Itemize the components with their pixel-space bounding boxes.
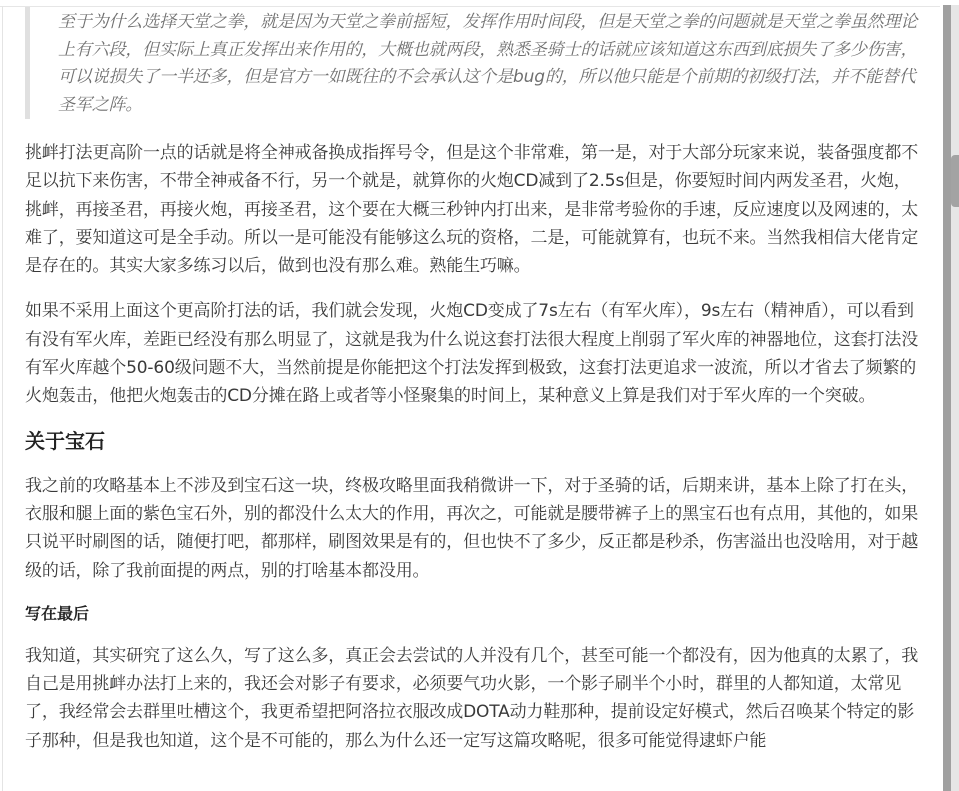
blockquote: 至于为什么选择天堂之拳，就是因为天堂之拳前摇短，发挥作用时间段，但是天堂之拳的问… [25,7,920,119]
scrollbar-track[interactable] [951,5,959,791]
article-body: 至于为什么选择天堂之拳，就是因为天堂之拳前摇短，发挥作用时间段，但是天堂之拳的问… [25,7,920,755]
scrollbar-thumb[interactable] [951,155,959,207]
paragraph-cannon-cd: 如果不采用上面这个更高阶打法的话，我们就会发现，火炮CD变成了7s左右（有军火库… [25,297,920,410]
paragraph-gems: 我之前的攻略基本上不涉及到宝石这一块，终极攻略里面我稍微讲一下，对于圣骑的话，后… [25,472,920,585]
article-page: 至于为什么选择天堂之拳，就是因为天堂之拳前摇短，发挥作用时间段，但是天堂之拳的问… [0,0,943,791]
paragraph-final: 我知道，其实研究了这么久，写了这么多，真正会去尝试的人并没有几个，甚至可能一个都… [25,642,920,755]
sidebar-edge-strip [943,5,951,791]
section-heading-final: 写在最后 [25,602,920,626]
paragraph-advanced-taunt: 挑衅打法更高阶一点的话就是将全神戒备换成指挥号令，但是这个非常难，第一是，对于大… [25,139,920,280]
section-heading-gems: 关于宝石 [25,427,920,455]
left-border [2,6,3,791]
